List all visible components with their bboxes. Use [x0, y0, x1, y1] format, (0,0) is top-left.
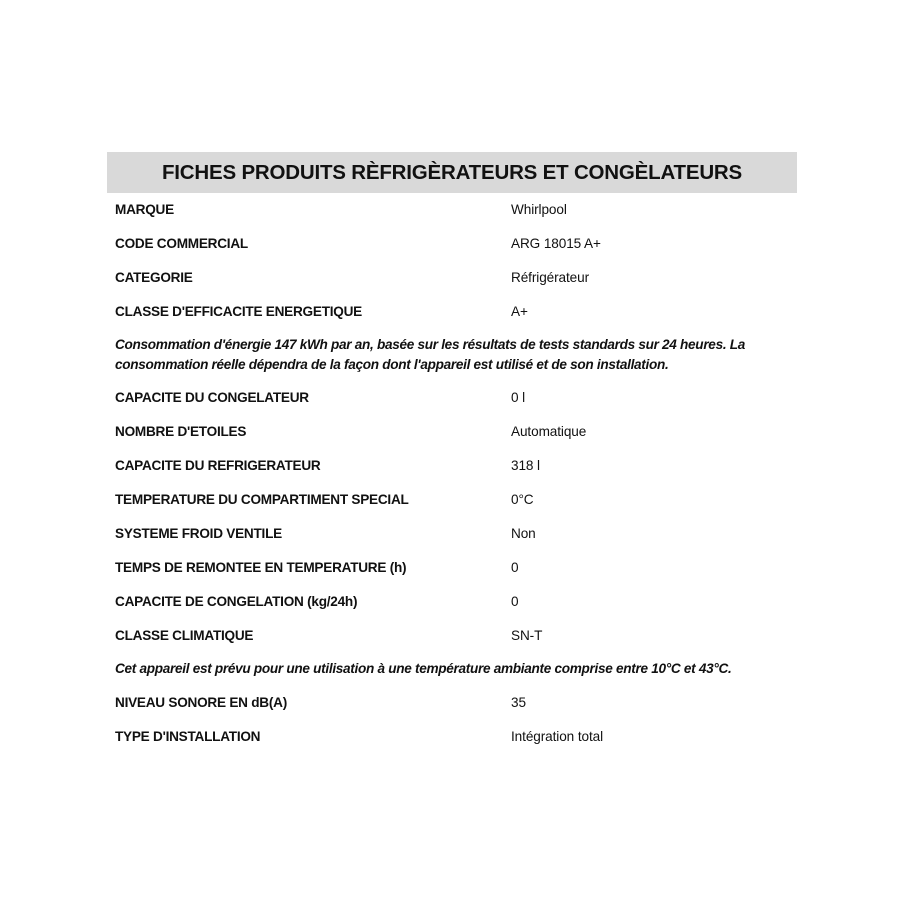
spec-label: MARQUE [115, 200, 174, 220]
note-line: consommation réelle dépendra de la façon… [115, 355, 795, 375]
page-title: FICHES PRODUITS RÈFRIGÈRATEURS ET CONGÈL… [162, 161, 742, 185]
spec-label: NIVEAU SONORE EN dB(A) [115, 693, 287, 713]
product-sheet: FICHES PRODUITS RÈFRIGÈRATEURS ET CONGÈL… [107, 152, 797, 193]
spec-value: 0 [511, 592, 518, 612]
spec-value: 0 l [511, 388, 525, 408]
spec-value: 0°C [511, 490, 534, 510]
spec-label: SYSTEME FROID VENTILE [115, 524, 282, 544]
spec-label: CAPACITE DE CONGELATION (kg/24h) [115, 592, 357, 612]
spec-value: 318 l [511, 456, 540, 476]
spec-label: CODE COMMERCIAL [115, 234, 248, 254]
energy-consumption-note: Consommation d'énergie 147 kWh par an, b… [115, 335, 795, 375]
spec-label: NOMBRE D'ETOILES [115, 422, 246, 442]
spec-value: Automatique [511, 422, 586, 442]
spec-value: Réfrigérateur [511, 268, 589, 288]
spec-label: CLASSE CLIMATIQUE [115, 626, 253, 646]
spec-label: TYPE D'INSTALLATION [115, 727, 260, 747]
spec-value: Whirlpool [511, 200, 567, 220]
spec-value: A+ [511, 302, 528, 322]
climate-note: Cet appareil est prévu pour une utilisat… [115, 659, 795, 679]
spec-label: TEMPS DE REMONTEE EN TEMPERATURE (h) [115, 558, 406, 578]
header-bar: FICHES PRODUITS RÈFRIGÈRATEURS ET CONGÈL… [107, 152, 797, 193]
note-line: Consommation d'énergie 147 kWh par an, b… [115, 335, 795, 355]
spec-value: SN-T [511, 626, 542, 646]
spec-label: CAPACITE DU CONGELATEUR [115, 388, 309, 408]
spec-value: 35 [511, 693, 526, 713]
spec-value: 0 [511, 558, 518, 578]
spec-label: CLASSE D'EFFICACITE ENERGETIQUE [115, 302, 362, 322]
spec-value: Non [511, 524, 536, 544]
spec-label: CAPACITE DU REFRIGERATEUR [115, 456, 320, 476]
spec-value: ARG 18015 A+ [511, 234, 601, 254]
note-line: Cet appareil est prévu pour une utilisat… [115, 659, 795, 679]
spec-label: TEMPERATURE DU COMPARTIMENT SPECIAL [115, 490, 409, 510]
spec-label: CATEGORIE [115, 268, 193, 288]
spec-value: Intégration total [511, 727, 603, 747]
